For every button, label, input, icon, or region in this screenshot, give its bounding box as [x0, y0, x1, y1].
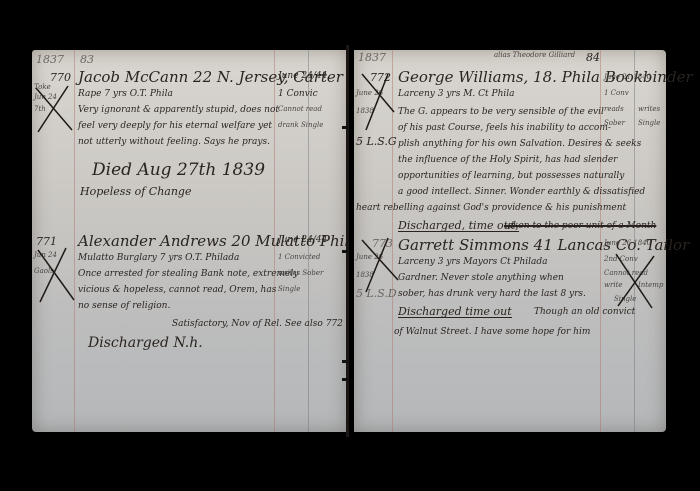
entry-line: plish anything for his own Salvation. De…	[398, 140, 641, 149]
left-ledger-page: 1837 83 770 Toke Jun 24 7th Jacob McCann…	[32, 50, 347, 432]
court-column-text: writes Sober	[278, 270, 323, 277]
entry-number: 770	[50, 72, 71, 83]
discharge-note: Discharged N.h.	[88, 336, 203, 350]
alias-note: alias Theodore Gilliard	[494, 52, 575, 59]
court-column-text: Cannot read	[278, 106, 322, 113]
entry-line: of his past Course, feels his inability …	[398, 124, 611, 133]
binding-stitch	[342, 250, 348, 253]
page-number: 83	[80, 54, 94, 65]
cancel-cross-mark	[358, 236, 400, 296]
discharge-note: Discharged time out	[398, 306, 512, 318]
court-column-text: reads	[604, 106, 624, 113]
cancel-cross-mark	[34, 84, 74, 134]
margin-rule	[74, 50, 75, 432]
remark-note: Hopeless of Change	[80, 186, 191, 197]
entry-line: Rape 7 yrs O.T. Phila	[78, 90, 173, 99]
discharge-note: Discharged, time out,	[398, 220, 519, 232]
entry-line: Larceny 3 yrs Mayors Ct Philada	[398, 258, 548, 267]
court-column-text: June 24/44	[278, 236, 327, 245]
binding-stitch	[342, 378, 348, 381]
margin-note: 5 L.S.G	[356, 136, 397, 147]
entry-line: Larceny 3 yrs M. Ct Phila	[398, 90, 514, 99]
court-column-text: June 24/44	[278, 72, 327, 81]
binding-stitch	[342, 126, 348, 129]
remark-note: Though an old convict	[534, 308, 635, 317]
struck-out-note: taken to the poor unit of a Month	[504, 222, 656, 231]
entry-line: sober, has drunk very hard the last 8 yr…	[398, 290, 586, 299]
court-column-text: June 26 1840	[604, 240, 651, 247]
entry-line: a good intellect. Sinner. Wonder earthly…	[398, 188, 645, 197]
court-column-text: 1 Convic	[278, 90, 318, 99]
entry-line: the influence of the Holy Spirit, has ha…	[398, 156, 618, 165]
court-column-text: 1 Conv	[604, 90, 629, 97]
court-column-text: Single	[638, 120, 660, 127]
remark-note: of Walnut Street. I have some hope for h…	[394, 328, 590, 337]
page-year: 1837	[358, 52, 386, 63]
right-ledger-page: 1837 alias Theodore Gilliard 84 772 June…	[354, 50, 666, 432]
cancel-cross-mark	[612, 250, 658, 312]
court-column-text: June 21 1840	[604, 74, 651, 81]
cancel-cross-mark	[34, 246, 76, 304]
page-number: 84	[586, 52, 600, 63]
death-note: Died Aug 27th 1839	[92, 162, 265, 179]
entry-line: heart rebelling against God's providence…	[356, 204, 626, 213]
entry-line: The G. appears to be very sensible of th…	[398, 108, 604, 117]
entry-line: not utterly without feeling. Says he pra…	[78, 138, 270, 147]
court-column-text: Single	[278, 286, 300, 293]
entry-line: feel very deeply for his eternal welfare…	[78, 122, 272, 131]
entry-line: Gardner. Never stole anything when	[398, 274, 564, 283]
entry-line: Mulatto Burglary 7 yrs O.T. Philada	[78, 254, 239, 263]
court-column-text: Sober	[604, 120, 625, 127]
entry-line: opportunities of learning, but possesses…	[398, 172, 624, 181]
court-column-text: writes	[638, 106, 660, 113]
entry-line: Very ignorant & apparently stupid, does …	[78, 106, 279, 115]
court-column-text: 1 Convicted	[278, 254, 320, 261]
entry-line: vicious & hopeless, cannot read, Orem, h…	[78, 286, 276, 295]
remark-note: Satisfactory, Nov of Rel. See also 772	[172, 320, 343, 329]
entry-line: Once arrested for stealing Bank note, ex…	[78, 270, 298, 279]
court-column-text: drank Single	[278, 122, 323, 129]
binding-stitch	[342, 360, 348, 363]
page-year: 1837	[36, 54, 64, 65]
cancel-cross-mark	[358, 70, 398, 134]
entry-line: no sense of religion.	[78, 302, 170, 311]
